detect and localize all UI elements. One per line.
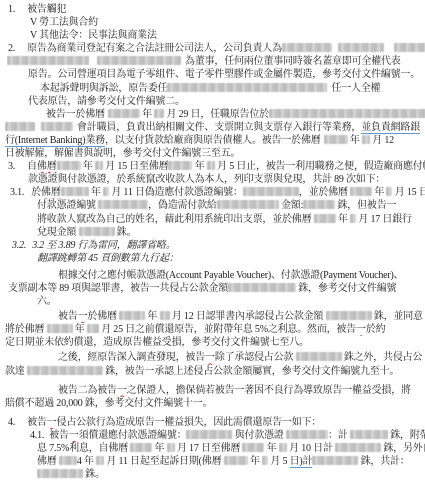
text-run: 之保證人，擔保倘若被告一著因不良行為導致原告一權益受損，將 — [127, 385, 411, 396]
text-run: 3.2 至 3.89 行為雷同，翻譯省略。 — [32, 240, 175, 251]
text-run: 銖。 — [83, 469, 105, 480]
text-run: 3.2. — [12, 240, 26, 251]
redaction-box — [282, 43, 332, 52]
underlined-text: 並負責網路銀 — [361, 122, 420, 134]
redaction-box — [262, 456, 268, 465]
text-run: 被告 — [49, 430, 69, 441]
text-run: 代表原告，請參考交付文件編號二。 — [28, 96, 185, 107]
doc-line: 日被解僱，解僱書與說明，參考交付文件編號三至五。 — [5, 147, 425, 160]
text-run: 年 — [264, 443, 278, 454]
redaction-box — [217, 200, 279, 209]
text-run: 年 — [152, 443, 166, 454]
spellcheck-flagged-text: 佛曆 — [41, 187, 61, 198]
spellcheck-flagged-text: 一 — [47, 417, 57, 428]
text-run: 原告為商業司登記有案之合法註冊公司法人，公司負責人為 — [27, 43, 282, 54]
text-run: 之後，經原告深入調查發現，被告 — [58, 352, 205, 363]
redaction-box — [312, 456, 358, 465]
doc-line: 代表原告，請參考交付文件編號二。 — [28, 95, 425, 108]
text-run: 銖，共計： — [358, 456, 409, 467]
redaction-box — [98, 200, 148, 209]
text-run: ，偽造需付款給 — [148, 200, 217, 211]
text-run: 會計職員，負責出納相關文件、支票開立與支票存入銀行等業務， — [77, 122, 361, 133]
text-run: 年 — [336, 214, 350, 225]
text-run: 兌現金額 — [37, 227, 79, 238]
doc-line: 將收款人竄改為自己的姓名，藉此利用系統印出支票，並於佛曆 年 月 17 日銀行 — [37, 213, 425, 226]
text-run: 被告觸犯 — [27, 4, 66, 15]
text-run: 息 7.5%利息，自佛曆 — [37, 443, 130, 454]
redaction-box — [338, 43, 384, 52]
redaction-box — [47, 324, 73, 333]
underlined-text: 行(Internet Banking)業務 — [5, 135, 105, 147]
doc-line: 會計職員，負責出納相關文件、支票開立與支票存入銀行等業務，並負責網路銀 — [5, 121, 425, 134]
redaction-box — [61, 187, 89, 196]
doc-line: 根據交付之應付帳款憑證(Account Payable Voucher)、付款憑… — [58, 269, 425, 282]
text-run: 本起訴聲明與訴訟，原告委任 — [40, 83, 167, 94]
spacer — [15, 168, 27, 169]
doc-line: 1.被告觸犯 — [8, 3, 425, 16]
doc-line: 4.被告一侵占公款行為造成原告一權益損失，因此需償還原告一如下： — [8, 416, 425, 429]
text-run: 1. — [8, 4, 15, 15]
text-run: 月 5 日止，被告一利用職務之便，假造廠商應付帳 — [215, 161, 425, 172]
redaction-box — [108, 109, 140, 118]
spacer — [15, 11, 27, 12]
text-run: 年 — [89, 187, 103, 198]
redaction-box — [335, 443, 381, 452]
redaction-box — [242, 443, 264, 452]
text-run: 月 10 日計 — [287, 443, 335, 454]
spacer — [15, 424, 27, 425]
text-run: 月 11 日起至起訴日期(佛曆 — [104, 456, 224, 467]
redaction-box — [119, 311, 145, 320]
redaction-box — [130, 443, 152, 452]
redaction-box — [286, 430, 328, 439]
doc-line: 原告。公司營運項目為電子零組件、電子零件塑膠件或金屬件製造，參考交付文件編號一。 — [28, 68, 425, 81]
text-run: 於約 — [366, 324, 386, 335]
text-run: 金額: — [279, 200, 303, 211]
text-run: 日被解僱，解僱書與說明，參考交付文件編號三至五。 — [5, 148, 240, 159]
text-run: 於 — [31, 187, 41, 198]
text-run: 銖，被告一承認上述侵占公款金額屬實，參考交付文件編號九至十。 — [103, 366, 399, 377]
underlined-text: 日)計 — [290, 456, 313, 468]
text-run: 與付款憑證 — [232, 430, 286, 441]
text-run: 銖。 — [115, 227, 137, 238]
text-run: 被告 — [27, 417, 47, 428]
spacer — [89, 63, 97, 64]
text-run: 被告一於佛曆 — [46, 109, 105, 120]
redaction-box — [228, 283, 296, 292]
redaction-box — [95, 161, 103, 170]
text-run: 年 — [348, 135, 362, 146]
redaction-box — [59, 456, 77, 465]
redaction-box — [167, 443, 175, 452]
redaction-box — [27, 366, 103, 375]
doc-line: 款達 銖，被告一承認上述侵占公款金額屬實，參考交付文件編號九至十。 — [5, 365, 425, 378]
spellcheck-flagged-text: 一 — [356, 324, 366, 335]
text-run: 月 12 — [370, 135, 394, 146]
redaction-box — [350, 430, 388, 439]
text-run: 侵占公款行為造成原告一權益損失，因此需償還原告一如下： — [57, 417, 322, 428]
text-run: 銖，並同意 — [372, 311, 423, 322]
redaction-box — [326, 311, 372, 320]
text-run: 年 — [248, 456, 262, 467]
text-run: 六。 — [37, 296, 57, 307]
redaction-box — [154, 109, 164, 118]
redaction-box — [362, 135, 370, 144]
doc-line: 賠償不超過 20,000 銖，參考交付文件編號十一。 — [5, 397, 425, 410]
text-run: 月 12 日認罪書內承認侵占公款金額 — [170, 311, 326, 322]
doc-line: 3.1.於佛曆 年 月 11 日偽造應付款憑證編號：，並於佛曆 年 月 15 日 — [10, 186, 425, 199]
doc-line: 銖。 — [37, 468, 425, 480]
text-run: 被告二為被告 — [58, 385, 117, 396]
text-run: 年 — [81, 161, 95, 172]
text-run: 4 年 — [77, 456, 96, 467]
doc-line: 兌現金額 銖。 — [37, 226, 425, 239]
spacer — [384, 50, 394, 51]
text-run: 付款憑證編號 — [37, 200, 98, 211]
text-run: 任一人全權 — [331, 83, 380, 94]
spellcheck-flagged-text: 一 — [69, 430, 79, 441]
redaction-box — [41, 122, 73, 131]
text-run: 月 15 日 — [392, 187, 425, 198]
text-run: 支票副本等 89 項與認罪書，被告一共侵占公款金額 — [8, 283, 228, 294]
redaction-box — [243, 187, 299, 196]
text-run: 原告。公司營運項目為電子零組件、電子零件塑膠件或金屬件製造，參考交付文件編號一。 — [28, 69, 420, 80]
text-run: V 其他法令：民事法與商業法 — [30, 30, 157, 41]
doc-line: 為董事，任何兩位董事同時簽名蓋章即可全權代表 — [7, 55, 425, 68]
doc-line: 3.自佛曆 年 月 15 日至佛曆 年 月 5 日止，被告一利用職務之便，假造廠… — [8, 160, 425, 173]
redaction-box — [207, 161, 215, 170]
redaction-box — [96, 456, 104, 465]
text-run: 月 29 日，任職原告位於 — [164, 109, 269, 120]
text-run: 定日期並未依約償還，造成原告權益受損，參考交付文件編號七至八。 — [5, 337, 309, 348]
text-run: 4. — [8, 417, 15, 428]
redaction-box — [79, 227, 115, 236]
text-run: 月 15 日至佛曆 — [103, 161, 169, 172]
text-run: 將於佛曆 — [5, 324, 47, 335]
redaction-box — [97, 56, 181, 65]
text-run: 年 — [192, 161, 206, 172]
text-run: 2. — [8, 43, 15, 54]
text-run: 銖之外，共侵占公 — [342, 352, 423, 363]
doc-line: 被告二為被告一之保證人，擔保倘若被告一著因不良行為導致原告一權益受損，將 — [58, 384, 425, 397]
redaction-box — [303, 200, 335, 209]
redaction-box — [5, 122, 35, 131]
text-run: 3. — [8, 161, 15, 172]
doc-line: 息 7.5%利息，自佛曆 年 月 17 日至佛曆 年 月 10 日計 銖，另外自 — [37, 442, 425, 455]
text-run: 年 — [140, 109, 154, 120]
text-run: ，以支付貨款給廠商與原告債權人。被告一於佛曆 — [105, 135, 321, 146]
text-run: 為董事，任何兩位董事同時簽名蓋章即可全權代表 — [185, 56, 401, 67]
text-run: 月 25 日之前償還原告，並附帶年息 5%之利息。然而，被告 — [99, 324, 356, 335]
text-run: 年 — [73, 324, 87, 335]
doc-line: 之後，經原告深入調查發現，被告一除了承認侵占公款 銖之外，共侵占公 — [58, 351, 425, 364]
redaction-box — [314, 214, 336, 223]
doc-line: 本起訴聲明與訴訟，原告委任任一人全權 — [40, 82, 425, 95]
doc-line: 定日期並未依約償還，造成原告權益受損，參考交付文件編號七至八。 — [5, 336, 425, 349]
doc-line: 翻譯跳轉第 45 頁倒數第九行起： — [37, 252, 425, 265]
redaction-box — [279, 443, 287, 452]
text-run: 根據交付之應付帳款憑證(Account Payable Voucher)、付款憑… — [58, 270, 403, 281]
redaction-box — [324, 135, 348, 144]
spellcheck-flagged-text: 一 — [205, 352, 215, 363]
text-run: 翻譯跳轉第 45 頁倒數第九行起： — [37, 253, 179, 264]
redaction-box — [224, 456, 248, 465]
redaction-box — [296, 352, 342, 361]
text-run: 自 — [27, 161, 37, 172]
redaction-box — [186, 430, 232, 439]
redaction-box — [168, 161, 192, 170]
text-run: 銖，但被告一 — [335, 200, 396, 211]
text-run: 銖，參考交付文件編號 — [296, 283, 396, 294]
doc-line: 支票副本等 89 項與認罪書，被告一共侵占公款金額 銖，參考交付文件編號 — [8, 282, 425, 295]
redaction-box — [386, 187, 392, 196]
text-run: 3.1. — [10, 187, 24, 198]
text-run: V 勞工法與合約 — [30, 17, 98, 28]
text-run: 佛曆 — [37, 456, 59, 467]
document-page: 1.被告觸犯V 勞工法與合約V 其他法令：民事法與商業法2.原告為商業司登記有案… — [0, 0, 425, 480]
redaction-box — [7, 56, 89, 65]
text-run: 銖，另外自 — [381, 443, 425, 454]
text-run: 除了承認侵占公款 — [215, 352, 296, 363]
redaction-box — [394, 43, 425, 52]
text-run: 年 — [145, 311, 159, 322]
doc-line: 行(Internet Banking)業務，以支付貨款給廠商與原告債權人。被告一… — [5, 134, 425, 147]
text-run: 將收款人竄改為自己的姓名，藉此利用系統印出支票，並於佛曆 — [37, 214, 314, 225]
redaction-box — [167, 83, 327, 92]
redaction-box — [350, 187, 372, 196]
spacer — [15, 50, 27, 51]
text-run: 於佛曆 — [87, 311, 119, 322]
text-run: 銖，附帶年 — [388, 430, 425, 441]
doc-line: 被告一於佛曆 年 月 29 日，任職原告位於 — [46, 108, 425, 121]
text-run: ，並於佛曆 — [299, 187, 350, 198]
text-run: 款憑證與付款憑證，於系統竄改收款人為本人，列印支票與兌現，共計 89 次如下： — [28, 174, 385, 185]
text-run: ：計 — [328, 430, 350, 441]
doc-line: 付款憑證編號 ，偽造需付款給 金額: 銖，但被告一 — [37, 199, 425, 212]
text-run: 月 5 — [268, 456, 290, 467]
redaction-box — [103, 187, 109, 196]
doc-line: 4.1.被告一須償還應付款憑證編號： 與付款憑證 ：計 銖，附帶年 — [30, 429, 425, 442]
doc-line: V 其他法令：民事法與商業法 — [30, 29, 425, 42]
text-run: 4.1. — [30, 430, 44, 441]
doc-line: V 勞工法與合約 — [30, 16, 425, 29]
text-run: 被告 — [58, 311, 78, 322]
doc-line: 2.原告為商業司登記有案之合法註冊公司法人，公司負責人為 — [8, 42, 425, 55]
redaction-box — [350, 214, 356, 223]
doc-line: 被告一於佛曆 年 月 12 日認罪書內承認侵占公款金額 銖，並同意 — [58, 310, 425, 323]
doc-line: 六。 — [37, 295, 425, 308]
spellcheck-flagged-text: 佛曆 — [37, 161, 57, 172]
doc-line: 將於佛曆 年 月 25 日之前償還原告，並附帶年息 5%之利息。然而，被告一於約 — [5, 323, 425, 336]
spellcheck-flagged-text: 一 — [78, 311, 88, 322]
text-run: 款達 — [5, 366, 27, 377]
text-run: 月 17 日至佛曆 — [175, 443, 243, 454]
doc-line: 3.2.3.2 至 3.89 行為雷同，翻譯省略。 — [12, 239, 425, 252]
redaction-box — [269, 109, 425, 118]
text-run: 月 11 日偽造應付款憑證編號： — [109, 187, 243, 198]
doc-line: 款憑證與付款憑證，於系統竄改收款人為本人，列印支票與兌現，共計 89 次如下： — [28, 173, 425, 186]
redaction-box — [37, 469, 83, 478]
text-run: 賠償不超過 20,000 銖，參考交付文件編號十一。 — [5, 398, 212, 409]
text-run: 月 17 日銀行 — [356, 214, 412, 225]
spellcheck-flagged-text: 一 — [117, 385, 127, 396]
text-run: 須償還應付款憑證編號： — [79, 430, 187, 441]
doc-line: 佛曆 4 年 月 11 日起至起訴日期(佛曆 年 月 5 日)計 銖，共計： — [37, 455, 425, 468]
redaction-box — [57, 161, 81, 170]
redaction-box — [87, 324, 99, 333]
redaction-box — [160, 311, 170, 320]
text-run: 年 — [372, 187, 386, 198]
